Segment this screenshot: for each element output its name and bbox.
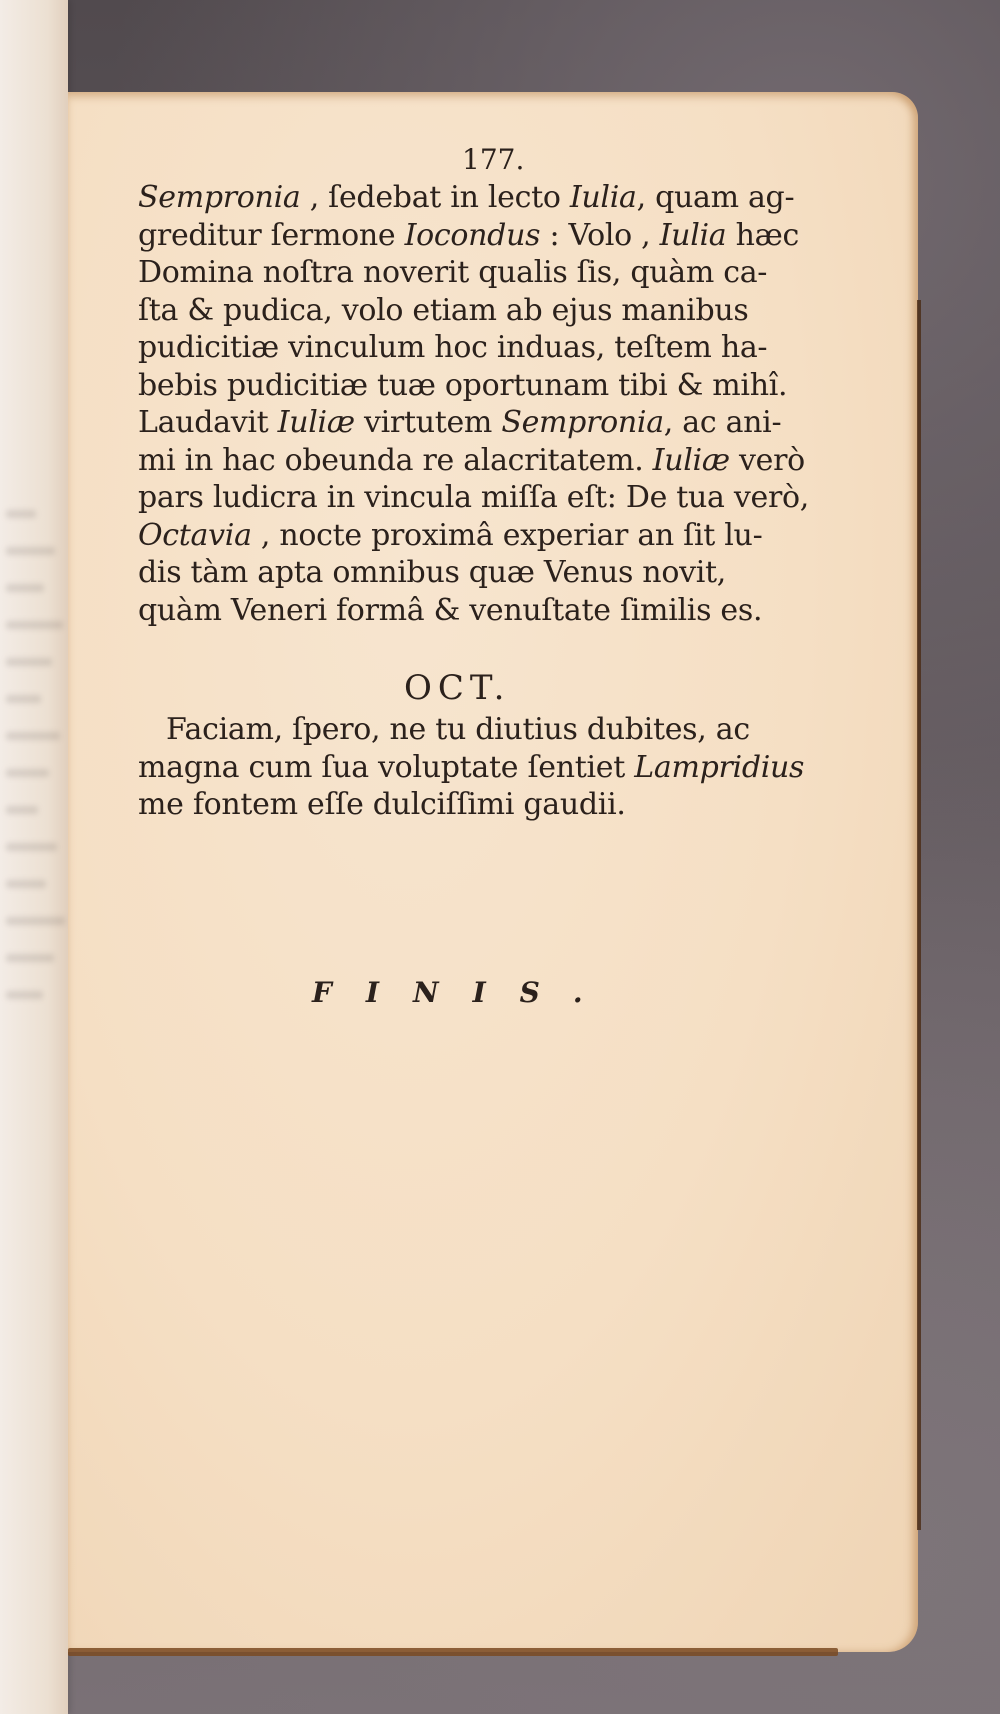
text-line: magna cum ſua voluptate ſentiet Lampridi… xyxy=(138,750,804,785)
text-line: pudicitiæ vinculum hoc induas, teſtem ha… xyxy=(138,330,767,365)
facing-page-ghost-text xyxy=(6,880,46,888)
speaker-heading: OCT. xyxy=(404,668,510,708)
italic-name: Iocondus xyxy=(405,218,541,253)
page-number: 177. xyxy=(462,143,524,176)
text-line: mi in hac obeunda re alacritatem. Iuliæ … xyxy=(138,443,805,478)
text-line: Octavia , nocte proximâ experiar an ſit … xyxy=(138,518,762,553)
facing-page-ghost-text xyxy=(6,510,36,518)
italic-name: Iulia xyxy=(660,218,727,253)
facing-page-ghost-text xyxy=(6,917,65,925)
text-run: , quam ag- xyxy=(637,180,795,215)
italic-name: Lampridius xyxy=(634,750,804,785)
page-right-edge xyxy=(917,300,921,1530)
italic-name: Sempronia xyxy=(501,405,663,440)
text-line: dis tàm apta omnibus quæ Venus novit, xyxy=(138,555,726,590)
text-run: pars ludicra in vincula miſſa eſt: De tu… xyxy=(138,480,809,515)
text-run: Domina noſtra noverit qualis ſis, quàm c… xyxy=(138,255,767,290)
facing-page-ghost-text xyxy=(6,954,54,962)
italic-name: Sempronia xyxy=(138,180,300,215)
text-line: ſta & pudica, volo etiam ab ejus manibus xyxy=(138,293,749,328)
text-line: quàm Veneri formâ & venuſtate ſimilis es… xyxy=(138,593,762,628)
facing-page-ghost-text xyxy=(6,695,41,703)
finis-colophon: FINIS. xyxy=(312,976,617,1009)
text-run: virtutem xyxy=(355,405,502,440)
text-line: Domina noſtra noverit qualis ſis, quàm c… xyxy=(138,255,767,290)
text-run: Laudavit xyxy=(138,405,278,440)
text-run: mi in hac obeunda re alacritatem. xyxy=(138,443,653,478)
text-line: bebis pudicitiæ tuæ oportunam tibi & mih… xyxy=(138,368,787,403)
text-run: , nocte proximâ experiar an ſit lu- xyxy=(252,518,763,553)
text-line: me fontem eſſe dulciſſimi gaudii. xyxy=(138,787,626,822)
text-line: pars ludicra in vincula miſſa eſt: De tu… xyxy=(138,480,809,515)
text-run: , ac ani- xyxy=(664,405,782,440)
text-run: ſta & pudica, volo etiam ab ejus manibus xyxy=(138,293,749,328)
text-run: dis tàm apta omnibus quæ Venus novit, xyxy=(138,555,726,590)
text-run: verò xyxy=(730,443,805,478)
text-run: : Volo , xyxy=(540,218,659,253)
text-run: hæc xyxy=(726,218,799,253)
facing-page-ghost-text xyxy=(6,991,43,999)
text-run: bebis pudicitiæ tuæ oportunam tibi & mih… xyxy=(138,368,787,403)
facing-page-edge xyxy=(0,0,68,1714)
italic-name: Octavia xyxy=(138,518,252,553)
text-run: Faciam, ſpero, ne tu diutius dubites, ac xyxy=(166,712,750,747)
facing-page-ghost-text xyxy=(6,658,52,666)
text-run: magna cum ſua voluptate ſentiet xyxy=(138,750,634,785)
text-line: Sempronia , ſedebat in lecto Iulia, quam… xyxy=(138,180,794,215)
facing-page-ghost-text xyxy=(6,732,60,740)
page-bottom-edge xyxy=(68,1648,838,1656)
text-line: Faciam, ſpero, ne tu diutius dubites, ac xyxy=(166,712,750,747)
italic-name: Iuliæ xyxy=(278,405,355,440)
facing-page-ghost-text xyxy=(6,806,38,814)
italic-name: Iuliæ xyxy=(653,443,730,478)
facing-page-ghost-text xyxy=(6,843,57,851)
italic-name: Iulia xyxy=(570,180,637,215)
facing-page-ghost-text xyxy=(6,584,44,592)
text-line: Laudavit Iuliæ virtutem Sempronia, ac an… xyxy=(138,405,781,440)
text-run: quàm Veneri formâ & venuſtate ſimilis es… xyxy=(138,593,762,628)
facing-page-ghost-text xyxy=(6,769,49,777)
text-run: pudicitiæ vinculum hoc induas, teſtem ha… xyxy=(138,330,767,365)
facing-page-ghost-text xyxy=(6,621,63,629)
text-run: , ſedebat in lecto xyxy=(300,180,569,215)
text-run: greditur ſermone xyxy=(138,218,405,253)
facing-page-ghost-text xyxy=(6,547,55,555)
text-run: me fontem eſſe dulciſſimi gaudii. xyxy=(138,787,626,822)
text-line: greditur ſermone Iocondus : Volo , Iulia… xyxy=(138,218,799,253)
